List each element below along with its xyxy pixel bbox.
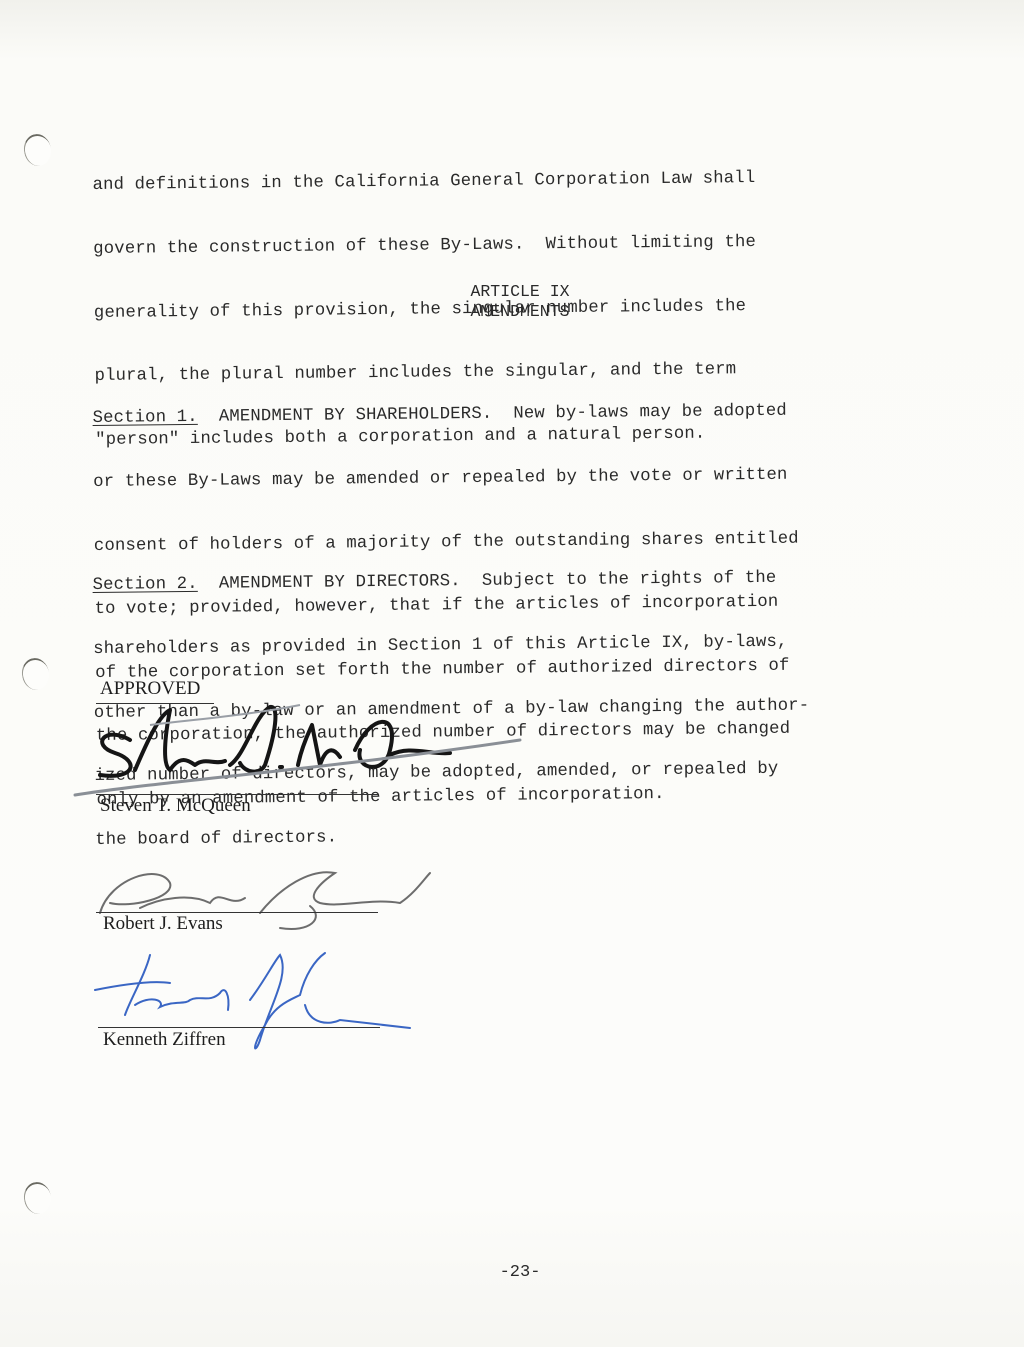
article-number: ARTICLE IX bbox=[440, 282, 600, 302]
text-line: shareholders as provided in Section 1 of… bbox=[93, 632, 809, 661]
text-line: govern the construction of these By-Laws… bbox=[93, 232, 756, 260]
signatory-name-mcqueen: Steven T. McQueen bbox=[100, 795, 251, 817]
article-title: AMENDMENTS bbox=[440, 302, 600, 322]
section-2-label: Section 2. bbox=[92, 575, 197, 595]
section-2-first-line: Section 2. AMENDMENT BY DIRECTORS. Subje… bbox=[92, 568, 808, 597]
signature-mcqueen bbox=[70, 695, 530, 805]
text-line: the board of directors. bbox=[95, 822, 811, 851]
page-number: -23- bbox=[490, 1263, 550, 1282]
section-2-heading: AMENDMENT BY DIRECTORS. Subject to the r… bbox=[198, 569, 777, 594]
text-line: generality of this provision, the singul… bbox=[94, 296, 757, 324]
signature-line-ziffren bbox=[98, 1027, 380, 1028]
article-heading: ARTICLE IX AMENDMENTS bbox=[440, 282, 600, 322]
section-1-heading: AMENDMENT BY SHAREHOLDERS. New by-laws m… bbox=[198, 402, 787, 427]
signatory-name-ziffren: Kenneth Ziffren bbox=[103, 1029, 226, 1051]
section-1-first-line: Section 1. AMENDMENT BY SHAREHOLDERS. Ne… bbox=[92, 401, 797, 430]
text-line: or these By-Laws may be amended or repea… bbox=[93, 465, 798, 494]
section-1-label: Section 1. bbox=[92, 408, 197, 428]
signatory-name-evans: Robert J. Evans bbox=[103, 913, 223, 935]
text-line: and definitions in the California Genera… bbox=[92, 168, 755, 196]
